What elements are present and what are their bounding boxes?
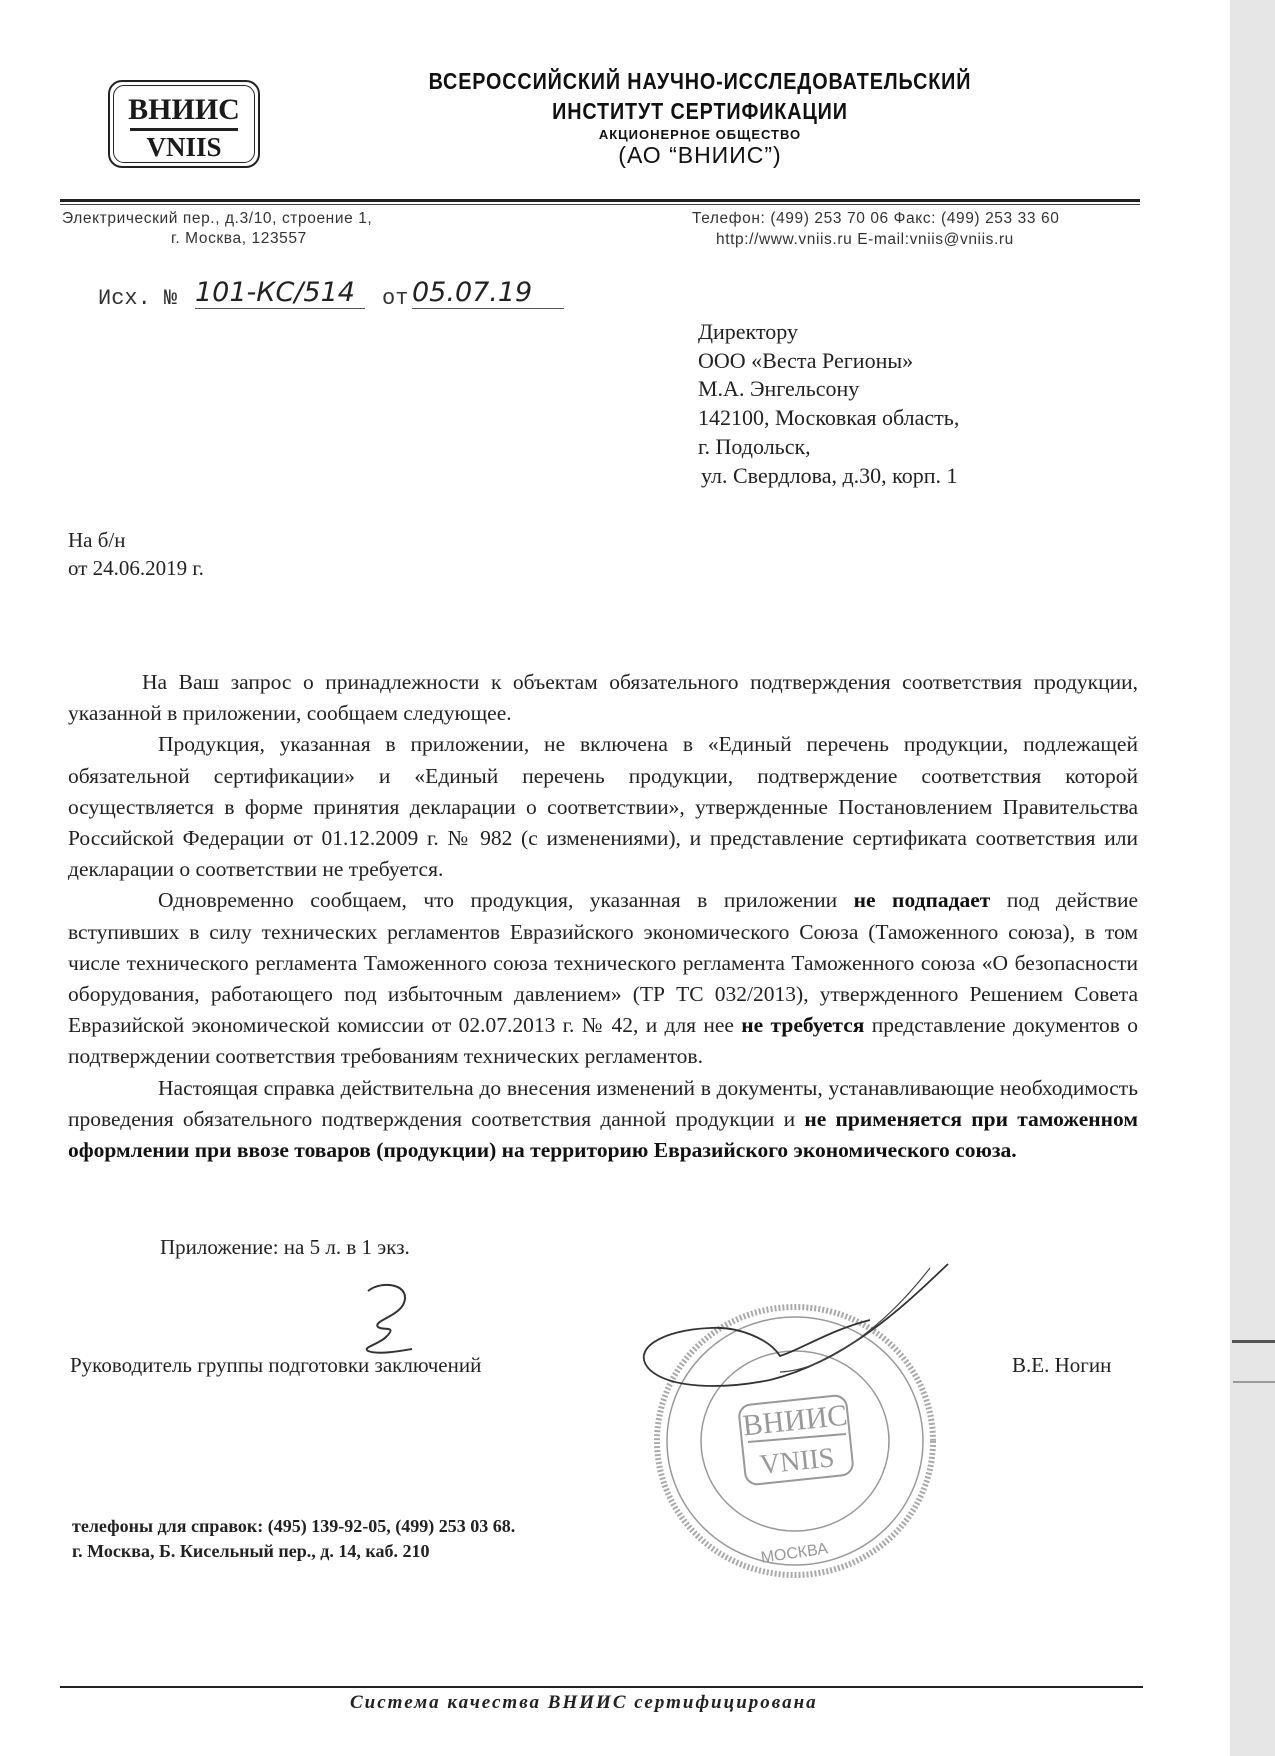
header-rule <box>60 199 1140 202</box>
outgoing-date-label: от <box>382 286 408 311</box>
recipient-line: ООО «Веста Регионы» <box>698 347 959 376</box>
contact-phones: телефоны для справок: (495) 139-92-05, (… <box>72 1514 515 1539</box>
reference-block: На б/н от 24.06.2019 г. <box>68 526 204 582</box>
recipient-line: М.А. Энгельсону <box>698 375 959 404</box>
appendix-note: Приложение: на 5 л. в 1 экз. <box>160 1235 410 1260</box>
recipient-line: 142100, Московкая область, <box>698 404 959 433</box>
org-name-line2: ИНСТИТУТ СЕРТИФИКАЦИИ <box>390 98 1009 125</box>
recipient-line: Директору <box>698 318 959 347</box>
signature-icon <box>630 1260 960 1420</box>
header-rule-thin <box>60 204 1140 205</box>
reference-line2: от 24.06.2019 г. <box>68 554 204 582</box>
org-web-email: http://www.vniis.ru E-mail:vniis@vniis.r… <box>716 231 1014 249</box>
scan-edge-line <box>1233 1381 1275 1383</box>
vniis-logo: ВНИИС VNIIS <box>108 80 260 168</box>
footer-rule <box>60 1686 1143 1688</box>
outgoing-date-value: 05.07.19 <box>412 277 564 309</box>
signatory-name: В.Е. Ногин <box>1012 1353 1111 1378</box>
org-address-line2: г. Москва, 123557 <box>171 230 307 248</box>
logo-text-ru: ВНИИС <box>114 94 254 126</box>
handwritten-initial-icon <box>348 1277 428 1357</box>
paragraph-4: Настоящая справка действительна до внесе… <box>68 1073 1138 1167</box>
org-name-line1: ВСЕРОССИЙСКИЙ НАУЧНО-ИССЛЕДОВАТЕЛЬСКИЙ <box>390 68 1009 95</box>
scan-edge-line <box>1232 1340 1275 1343</box>
reference-line1: На б/н <box>68 526 204 554</box>
outgoing-number-label: Исх. № <box>98 286 177 311</box>
contact-info: телефоны для справок: (495) 139-92-05, (… <box>72 1514 515 1564</box>
paragraph-1: На Ваш запрос о принадлежности к объекта… <box>68 667 1138 729</box>
org-address-line1: Электрический пер., д.3/10, строение 1, <box>62 210 372 228</box>
emphasis-not-subject: не подпадает <box>854 888 991 912</box>
recipient-line: г. Подольск, <box>698 433 959 462</box>
org-legal-form: АКЦИОНЕРНОЕ ОБЩЕСТВО <box>340 127 1060 142</box>
emphasis-not-required: не требуется <box>741 1013 864 1037</box>
logo-divider <box>130 128 238 131</box>
footer-quality-note: Система качества ВНИИС сертифицирована <box>350 1692 818 1714</box>
recipient-line: ул. Свердлова, д.30, корп. 1 <box>698 462 959 491</box>
paragraph-3: Одновременно сообщаем, что продукция, ук… <box>68 885 1138 1072</box>
svg-text:VNIIS: VNIIS <box>758 1442 836 1481</box>
letter-body: На Ваш запрос о принадлежности к объекта… <box>68 667 1138 1166</box>
org-phone-fax: Телефон: (499) 253 70 06 Факс: (499) 253… <box>692 210 1059 228</box>
scan-edge-strip <box>1230 0 1275 1756</box>
contact-address: г. Москва, Б. Кисельный пер., д. 14, каб… <box>72 1539 515 1564</box>
logo-text-en: VNIIS <box>114 133 254 161</box>
paragraph-2: Продукция, указанная в приложении, не вк… <box>68 729 1138 885</box>
signatory-title: Руководитель группы подготовки заключени… <box>70 1353 481 1378</box>
org-short-name: (АО “ВНИИС”) <box>340 142 1060 169</box>
outgoing-number-value: 101-КС/514 <box>195 277 365 309</box>
recipient-block: Директору ООО «Веста Регионы» М.А. Энгел… <box>698 318 959 490</box>
